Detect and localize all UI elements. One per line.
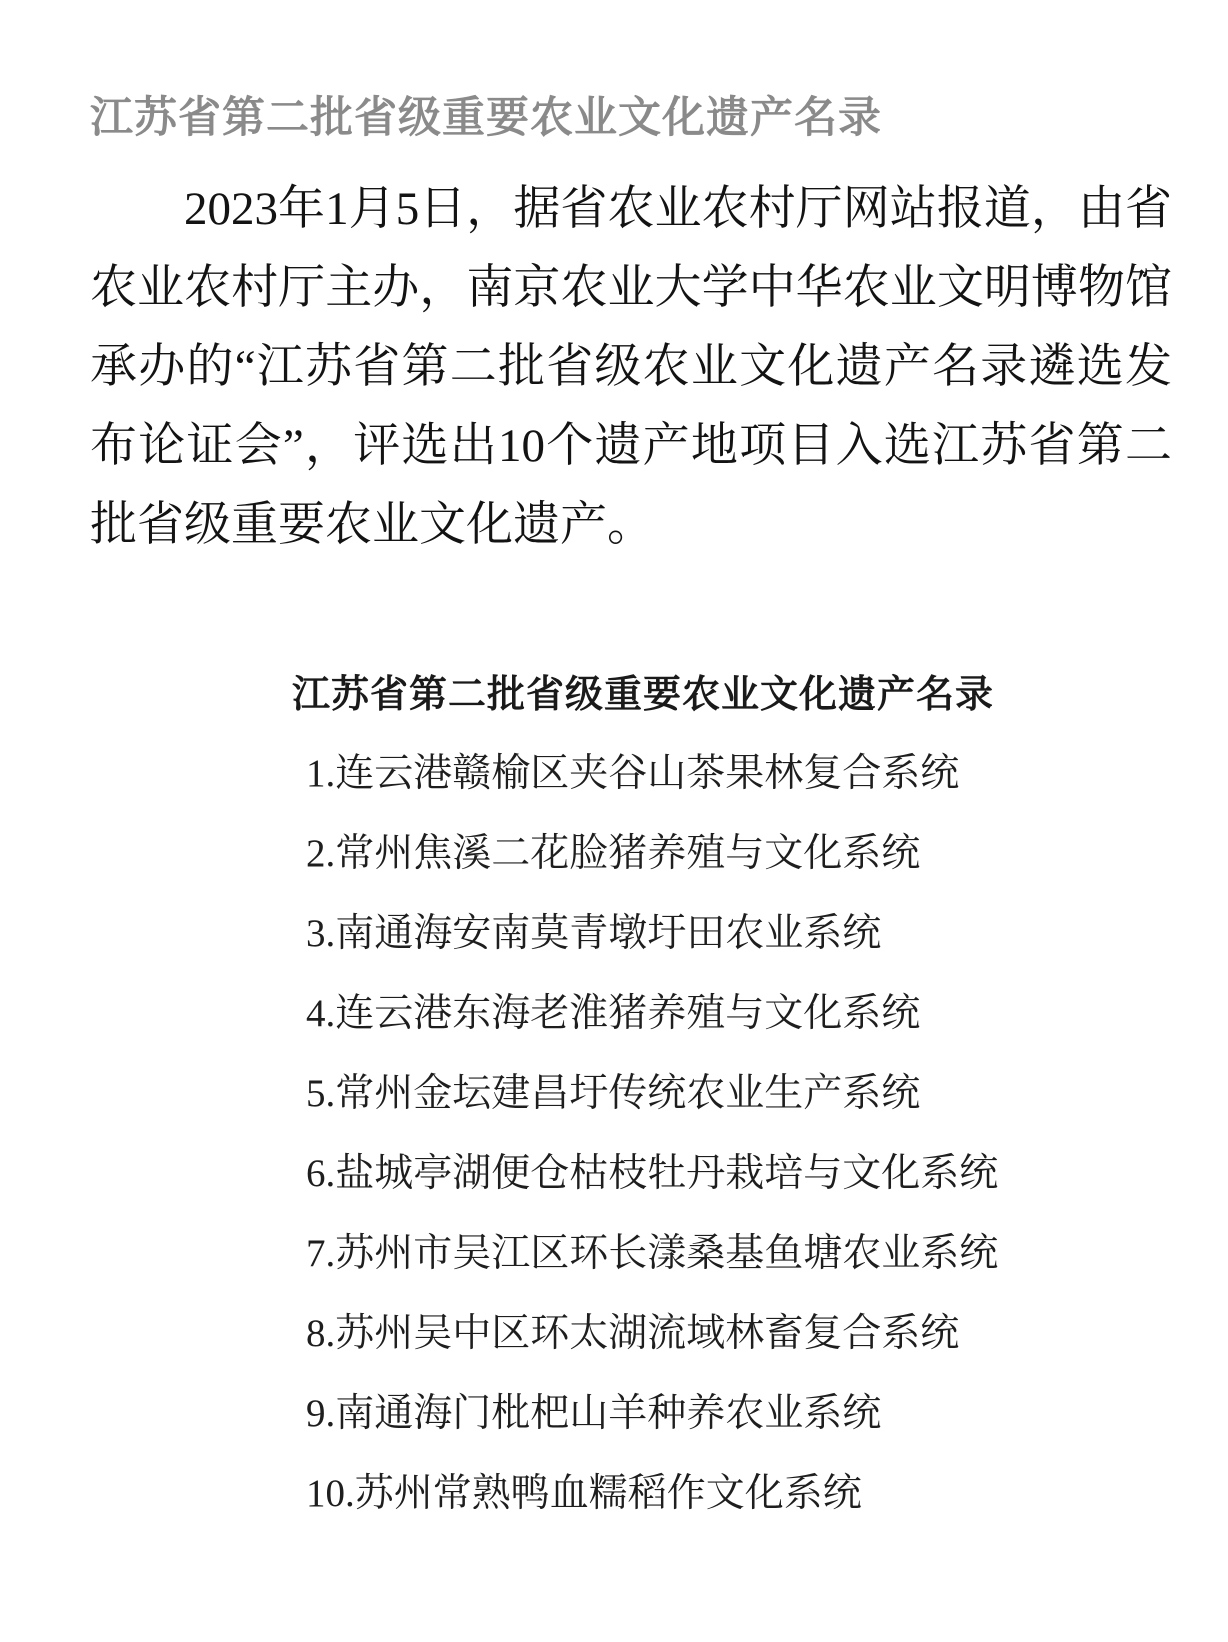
list-item-6: 6.盐城亭湖便仓枯枝牡丹栽培与文化系统	[292, 1130, 998, 1210]
list-item-4: 4.连云港东海老淮猪养殖与文化系统	[292, 970, 998, 1050]
list-item-10: 10.苏州常熟鸭血糯稻作文化系统	[292, 1450, 998, 1530]
list-item-2: 2.常州焦溪二花脸猪养殖与文化系统	[292, 810, 998, 890]
list-item-7: 7.苏州市吴江区环长漾桑基鱼塘农业系统	[292, 1210, 998, 1290]
list-item-3: 3.南通海安南莫青墩圩田农业系统	[292, 890, 998, 970]
list-item-8: 8.苏州吴中区环太湖流域林畜复合系统	[292, 1290, 998, 1370]
list-item-1: 1.连云港赣榆区夹谷山茶果林复合系统	[292, 730, 998, 810]
document-title: 江苏省第二批省级重要农业文化遗产名录	[90, 84, 882, 145]
list-heading: 江苏省第二批省级重要农业文化遗产名录	[292, 650, 998, 730]
document-page: 江苏省第二批省级重要农业文化遗产名录 2023年1月5日，据省农业农村厅网站报道…	[0, 0, 1228, 1642]
heritage-list: 江苏省第二批省级重要农业文化遗产名录 1.连云港赣榆区夹谷山茶果林复合系统 2.…	[292, 650, 998, 1530]
list-item-5: 5.常州金坛建昌圩传统农业生产系统	[292, 1050, 998, 1130]
list-item-9: 9.南通海门枇杷山羊种养农业系统	[292, 1370, 998, 1450]
intro-paragraph: 2023年1月5日，据省农业农村厅网站报道，由省农业农村厅主办，南京农业大学中华…	[90, 170, 1172, 565]
